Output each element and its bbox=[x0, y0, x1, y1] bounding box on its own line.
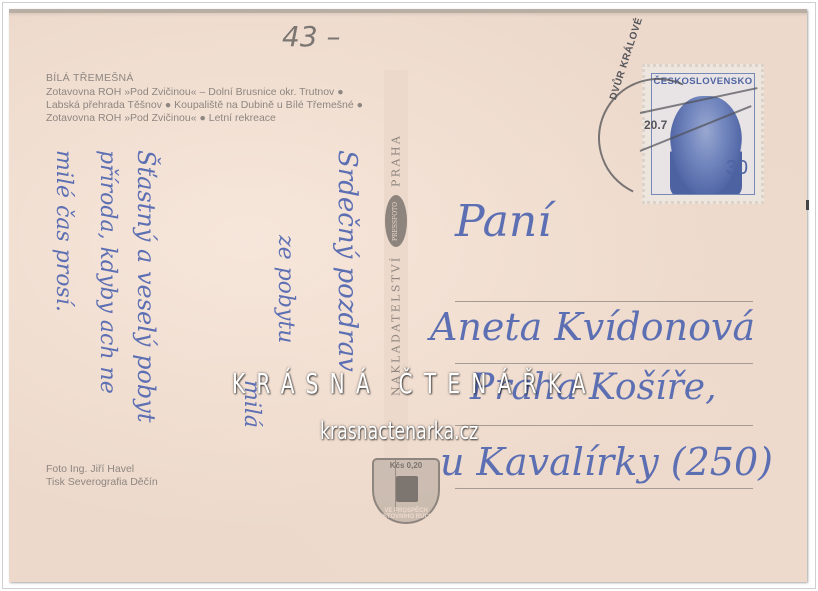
postcard-caption-title: BÍLÁ TŘEMEŠNÁ bbox=[46, 72, 134, 85]
postmark-date: 20.7 bbox=[644, 118, 667, 132]
greeting-line-2: ze pobytu bbox=[273, 235, 298, 343]
postcard-top-edge bbox=[9, 9, 807, 13]
building-icon bbox=[396, 476, 418, 502]
message-line-1: Šťastný a veselý pobyt bbox=[132, 150, 160, 422]
stamp-value: 30 bbox=[726, 157, 748, 180]
pressfoto-logo-icon: PRESSFOTO bbox=[385, 195, 407, 247]
postcard-credits: Foto Ing. Jiří Havel Tisk Severografia D… bbox=[46, 463, 158, 489]
publisher-city: PRAHA bbox=[390, 134, 403, 187]
address-street: u Kavalírky (250) bbox=[440, 440, 773, 484]
greeting-line-1: Srdečný pozdrav bbox=[332, 150, 362, 372]
photo-credit: Foto Ing. Jiří Havel bbox=[46, 463, 158, 476]
message-line-3: milé čas prosí. bbox=[51, 150, 76, 312]
address-line-3 bbox=[455, 425, 753, 426]
postcard-caption-description: Zotavovna ROH »Pod Zvičinou« – Dolní Bru… bbox=[46, 86, 366, 125]
publisher-imprint: NAKLADATELSTVÍ PRESSFOTO PRAHA bbox=[384, 70, 408, 460]
message-line-2: příroda, kdyby ach ne bbox=[95, 150, 120, 394]
address-line-2 bbox=[455, 363, 753, 364]
price-label: Kčs 0,20 bbox=[374, 461, 438, 470]
watermark-title: KRÁSNÁ ČTENÁŘKA bbox=[232, 367, 597, 400]
print-credit: Tisk Severografia Děčín bbox=[46, 476, 158, 489]
address-salutation: Paní bbox=[455, 196, 551, 247]
address-line-1 bbox=[455, 301, 753, 302]
pencil-note: 43 – bbox=[282, 20, 341, 53]
stamp-unit: h bbox=[738, 182, 742, 189]
price-seal: Kčs 0,20 VE PROSPĚCH CESTOVNÍHO RUCHU bbox=[372, 458, 440, 524]
price-seal-arc-text: VE PROSPĚCH CESTOVNÍHO RUCHU bbox=[374, 508, 438, 520]
address-recipient-name: Aneta Kvídonová bbox=[430, 305, 755, 349]
watermark-url: krasnactenarka.cz bbox=[320, 417, 478, 445]
address-line-4 bbox=[455, 488, 753, 489]
edge-mark bbox=[806, 200, 809, 210]
